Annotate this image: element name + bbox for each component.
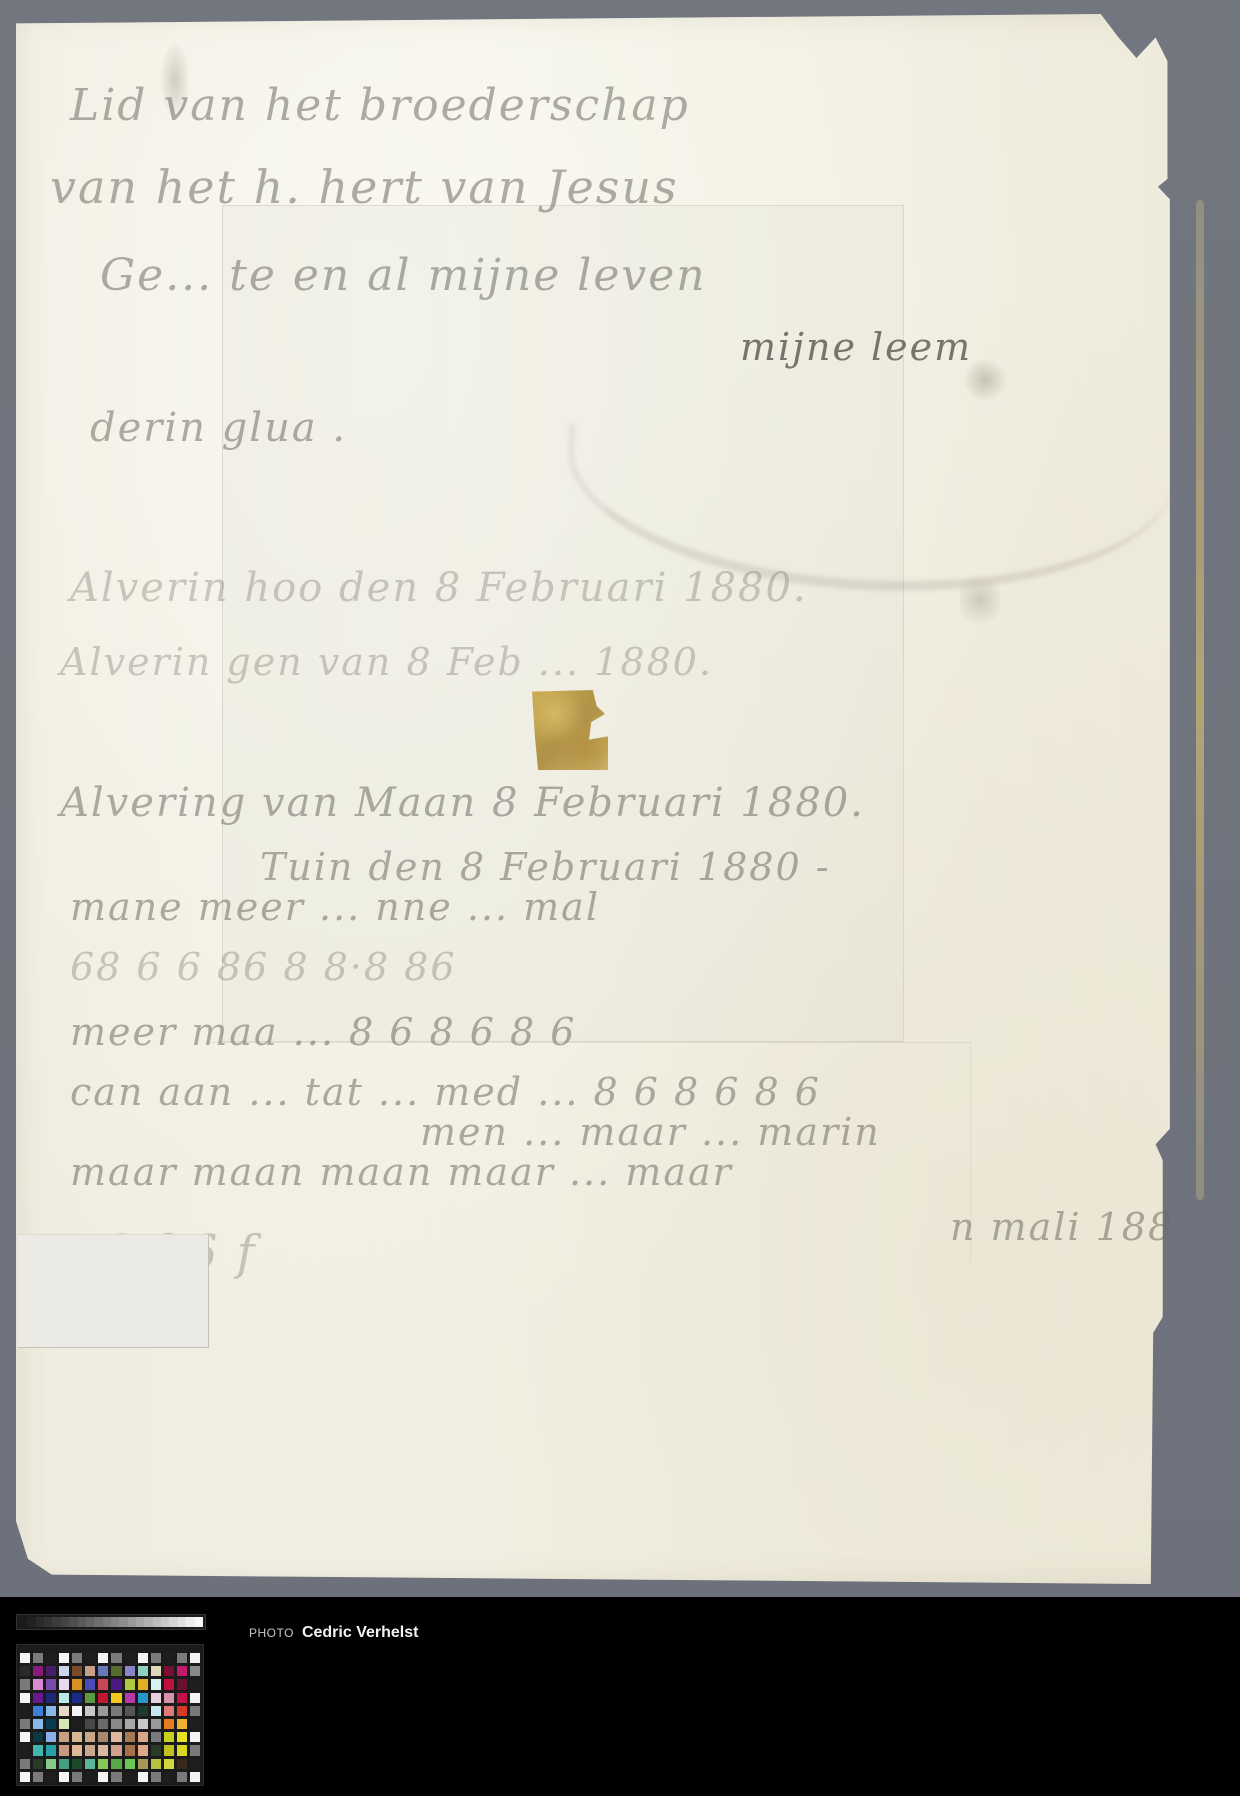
color-chip <box>125 1693 135 1703</box>
color-chip <box>111 1759 121 1769</box>
color-chip <box>59 1719 69 1729</box>
gray-step <box>19 1617 27 1627</box>
handwriting-line: mane meer ... nne ... mal <box>70 885 600 929</box>
color-chip <box>177 1653 187 1663</box>
color-chip <box>177 1666 187 1676</box>
color-chip <box>164 1679 174 1689</box>
color-chip <box>125 1653 135 1663</box>
gray-step <box>186 1617 194 1627</box>
stain-spot-lower <box>960 570 1000 630</box>
color-chip <box>177 1679 187 1689</box>
color-chip <box>85 1653 95 1663</box>
gray-step <box>128 1617 136 1627</box>
gray-step <box>78 1617 86 1627</box>
color-chip <box>164 1706 174 1716</box>
color-chip <box>151 1745 161 1755</box>
color-chip <box>59 1666 69 1676</box>
handwriting-line: meer maa ... 8 6 8 6 8 6 <box>70 1010 576 1054</box>
color-chip <box>85 1719 95 1729</box>
color-chip <box>72 1772 82 1782</box>
color-chip <box>111 1666 121 1676</box>
gray-step <box>94 1617 102 1627</box>
handwriting-line: van het h. hert van Jesus <box>50 160 679 214</box>
color-chip <box>138 1666 148 1676</box>
gray-step <box>27 1617 35 1627</box>
gray-step <box>69 1617 77 1627</box>
color-chip <box>190 1706 200 1716</box>
color-calibration-chart <box>16 1644 204 1786</box>
yellowed-page-edge <box>1196 200 1204 1200</box>
gray-step <box>36 1617 44 1627</box>
handwriting-line: 68 6 6 86 8 8·8 86 <box>70 945 457 989</box>
color-chip <box>59 1745 69 1755</box>
color-chip <box>33 1745 43 1755</box>
color-chip <box>177 1719 187 1729</box>
color-chip <box>46 1679 56 1689</box>
gray-step <box>111 1617 119 1627</box>
color-chip <box>151 1666 161 1676</box>
color-chip <box>85 1693 95 1703</box>
gray-step <box>169 1617 177 1627</box>
color-chip <box>111 1745 121 1755</box>
gray-step <box>161 1617 169 1627</box>
gray-step <box>178 1617 186 1627</box>
color-chip <box>177 1732 187 1742</box>
color-chip <box>111 1772 121 1782</box>
handwriting-line: Ge... te en al mijne leven <box>100 250 707 301</box>
handwriting-line: Lid van het broederschap <box>70 80 690 131</box>
handwriting-line: Tuin den 8 Februari 1880 - <box>260 845 831 889</box>
color-chip <box>20 1666 30 1676</box>
color-chip <box>72 1653 82 1663</box>
color-chip <box>138 1732 148 1742</box>
color-chip <box>85 1732 95 1742</box>
color-chip <box>46 1666 56 1676</box>
color-chip <box>72 1759 82 1769</box>
gray-step <box>136 1617 144 1627</box>
gray-step <box>44 1617 52 1627</box>
color-chip <box>138 1772 148 1782</box>
color-chip <box>138 1759 148 1769</box>
color-chip <box>85 1666 95 1676</box>
handwriting-line: Alvering van Maan 8 Februari 1880. <box>60 780 865 826</box>
color-chip <box>98 1759 108 1769</box>
color-chip <box>177 1745 187 1755</box>
color-chip <box>59 1693 69 1703</box>
color-chip <box>72 1745 82 1755</box>
color-chip <box>20 1719 30 1729</box>
color-chip <box>72 1679 82 1689</box>
color-chip <box>98 1706 108 1716</box>
photographer-name: Cedric Verhelst <box>302 1624 419 1642</box>
color-chip <box>125 1732 135 1742</box>
color-chip <box>190 1732 200 1742</box>
handwriting-line: men ... maar ... marin <box>420 1110 881 1154</box>
color-chip <box>151 1693 161 1703</box>
gray-step <box>103 1617 111 1627</box>
color-chip <box>138 1719 148 1729</box>
color-chip <box>177 1772 187 1782</box>
color-chip <box>164 1772 174 1782</box>
color-chip <box>59 1679 69 1689</box>
color-chip <box>33 1719 43 1729</box>
color-chip <box>125 1759 135 1769</box>
photo-credit: PHOTO Cedric Verhelst <box>249 1624 418 1642</box>
gray-step <box>52 1617 60 1627</box>
color-chip <box>151 1772 161 1782</box>
color-chip <box>138 1745 148 1755</box>
color-chip <box>98 1732 108 1742</box>
color-chip <box>20 1653 30 1663</box>
color-chip <box>72 1732 82 1742</box>
color-chip <box>46 1772 56 1782</box>
color-chip <box>85 1759 95 1769</box>
color-chip <box>164 1693 174 1703</box>
color-chip <box>190 1693 200 1703</box>
color-chip <box>151 1706 161 1716</box>
color-chip <box>85 1745 95 1755</box>
color-chip <box>151 1719 161 1729</box>
color-chip <box>20 1772 30 1782</box>
handwriting-line: mijne leem <box>740 325 972 369</box>
color-chip <box>98 1772 108 1782</box>
color-chip <box>46 1719 56 1729</box>
gray-step <box>86 1617 94 1627</box>
color-chip <box>164 1745 174 1755</box>
color-chip <box>46 1693 56 1703</box>
color-chip <box>190 1719 200 1729</box>
color-chip <box>138 1693 148 1703</box>
color-chip <box>20 1693 30 1703</box>
color-chip <box>190 1653 200 1663</box>
color-chip <box>111 1732 121 1742</box>
gray-step <box>195 1617 203 1627</box>
color-chip <box>190 1745 200 1755</box>
color-chip <box>33 1759 43 1769</box>
color-chip <box>72 1693 82 1703</box>
color-chip <box>59 1706 69 1716</box>
color-chip <box>164 1732 174 1742</box>
color-chip <box>33 1732 43 1742</box>
color-chip <box>98 1693 108 1703</box>
color-chip <box>46 1759 56 1769</box>
color-chip <box>98 1666 108 1676</box>
color-chip <box>33 1679 43 1689</box>
color-chip <box>20 1706 30 1716</box>
handwriting-line: Alverin hoo den 8 Februari 1880. <box>70 565 808 611</box>
color-chip <box>125 1706 135 1716</box>
color-chip <box>151 1653 161 1663</box>
color-chip <box>151 1679 161 1689</box>
color-chip <box>164 1653 174 1663</box>
color-chip <box>59 1732 69 1742</box>
color-chip <box>151 1759 161 1769</box>
credit-label: PHOTO <box>249 1626 294 1640</box>
color-chip <box>138 1653 148 1663</box>
color-chip <box>125 1666 135 1676</box>
color-chip <box>111 1706 121 1716</box>
color-chip <box>190 1772 200 1782</box>
color-chip <box>59 1759 69 1769</box>
color-chip <box>111 1719 121 1729</box>
color-chip <box>111 1693 121 1703</box>
color-chip <box>125 1719 135 1729</box>
color-chip <box>20 1679 30 1689</box>
color-chip <box>59 1772 69 1782</box>
color-chip <box>20 1745 30 1755</box>
handwriting-line: n mali 188 <box>950 1205 1174 1249</box>
color-chip <box>138 1679 148 1689</box>
gray-step <box>119 1617 127 1627</box>
color-chip <box>125 1745 135 1755</box>
color-chip <box>190 1679 200 1689</box>
color-chip <box>46 1745 56 1755</box>
color-chip <box>59 1653 69 1663</box>
color-chip <box>190 1666 200 1676</box>
color-chip <box>85 1706 95 1716</box>
color-chip <box>177 1693 187 1703</box>
color-chip <box>72 1719 82 1729</box>
handwriting-line: maar maan maan maar ... maar <box>70 1150 733 1194</box>
color-chip <box>33 1653 43 1663</box>
color-chip <box>177 1759 187 1769</box>
color-chip <box>190 1759 200 1769</box>
gray-step <box>61 1617 69 1627</box>
handwriting-line: derin glua . <box>90 405 347 451</box>
handwriting-line: Alverin gen van 8 Feb ... 1880. <box>60 640 713 684</box>
color-chip <box>98 1679 108 1689</box>
color-chip <box>33 1706 43 1716</box>
color-chip <box>98 1745 108 1755</box>
color-chip <box>151 1732 161 1742</box>
color-chip <box>111 1653 121 1663</box>
color-chip <box>164 1719 174 1729</box>
gray-scale-target <box>16 1614 206 1630</box>
color-chip <box>85 1772 95 1782</box>
color-chip <box>20 1732 30 1742</box>
gray-step <box>144 1617 152 1627</box>
color-chip <box>164 1666 174 1676</box>
gray-step <box>153 1617 161 1627</box>
color-chip <box>33 1772 43 1782</box>
color-chip <box>20 1759 30 1769</box>
color-chip <box>85 1679 95 1689</box>
color-chip <box>33 1666 43 1676</box>
color-chip <box>72 1706 82 1716</box>
color-chip <box>177 1706 187 1716</box>
color-chip <box>138 1706 148 1716</box>
color-chip <box>46 1653 56 1663</box>
color-chip <box>125 1679 135 1689</box>
color-chip <box>98 1653 108 1663</box>
color-chip <box>125 1772 135 1782</box>
paper-label-patch <box>18 1234 209 1348</box>
color-chip <box>111 1679 121 1689</box>
handwriting-line: can aan ... tat ... med ... 8 6 8 6 8 6 <box>70 1070 821 1114</box>
color-chip <box>46 1732 56 1742</box>
color-chip <box>72 1666 82 1676</box>
color-chip <box>164 1759 174 1769</box>
color-chip <box>98 1719 108 1729</box>
color-chip <box>46 1706 56 1716</box>
color-chip <box>33 1693 43 1703</box>
